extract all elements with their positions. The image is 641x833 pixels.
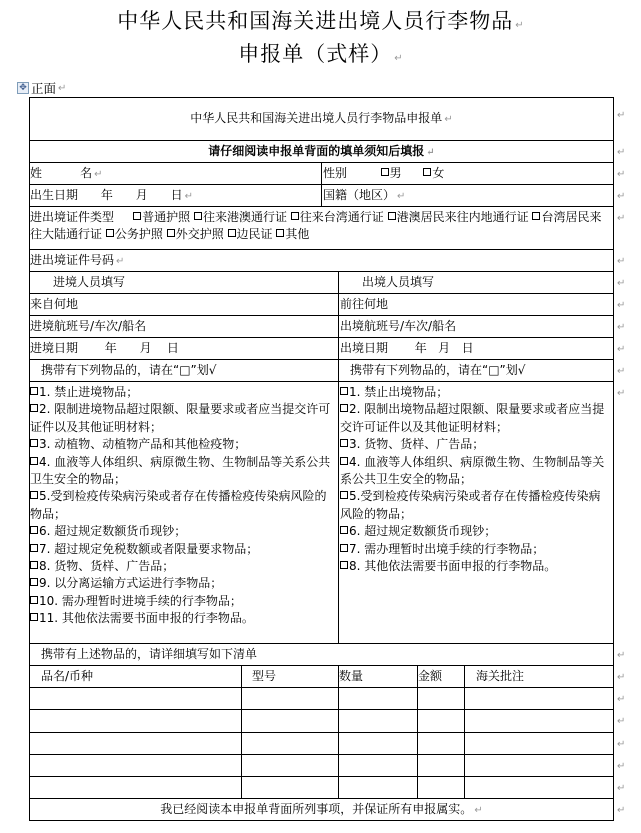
row-end-mark-icon: ↵ xyxy=(617,694,625,705)
column-header-amount: 金额 xyxy=(418,668,463,685)
row-end-mark-icon: ↵ xyxy=(617,278,625,289)
row-end-mark-icon: ↵ xyxy=(617,322,625,333)
row-end-mark-icon: ↵ xyxy=(617,169,625,180)
column-header-name: 品名/币种 xyxy=(41,668,239,685)
entry-item[interactable]: 3. 动植物、动植物产品和其他检疫物； xyxy=(30,436,337,453)
document-number-field[interactable]: 进出境证件号码↵ xyxy=(30,252,613,270)
exit-item[interactable]: 5.受到检疫传染病污染或者存在传播检疫传染病风险的物品； xyxy=(340,488,612,523)
list-instruction: 携带有上述物品的，请详细填写如下清单 xyxy=(41,646,611,663)
exit-item[interactable]: 6. 超过规定数额货币现钞； xyxy=(340,523,612,540)
doc-type-checkbox[interactable]: 普通护照 xyxy=(133,210,190,224)
list-cell-customs-note[interactable] xyxy=(465,733,613,754)
row-end-mark-icon: ↵ xyxy=(617,344,625,355)
exit-date-field[interactable]: 出境日期 年 月 日 xyxy=(340,340,612,357)
gender-male-checkbox[interactable]: 男 xyxy=(381,166,402,180)
list-cell-model[interactable] xyxy=(242,733,338,754)
entry-item[interactable]: 5.受到检疫传染病污染或者存在传播检疫传染病风险的物品； xyxy=(30,488,337,523)
entry-flight-field[interactable]: 进境航班号/车次/船名 xyxy=(30,318,336,335)
row-end-mark-icon: ↵ xyxy=(617,300,625,311)
list-cell-quantity[interactable] xyxy=(339,688,417,709)
exit-destination-field[interactable]: 前往何地 xyxy=(340,296,612,313)
entry-section-title: 进境人员填写 xyxy=(53,274,333,291)
list-cell-model[interactable] xyxy=(242,755,338,776)
row-end-mark-icon: ↵ xyxy=(617,650,625,661)
entry-item[interactable]: 8. 货物、货样、广告品； xyxy=(30,558,337,575)
column-header-model: 型号 xyxy=(252,668,337,685)
entry-item[interactable]: 11. 其他依法需要书面申报的行李物品。 xyxy=(30,610,337,627)
form-header: 中华人民共和国海关进出境人员行李物品申报单↵ xyxy=(30,110,613,128)
exit-item[interactable]: 3. 货物、货样、广告品； xyxy=(340,436,612,453)
doc-type-checkbox[interactable]: 边民证 xyxy=(228,227,273,241)
list-cell-amount[interactable] xyxy=(418,688,464,709)
entry-item[interactable]: 4. 血液等人体组织、病原微生物、生物制品等关系公共卫生安全的物品； xyxy=(30,454,337,489)
list-cell-customs-note[interactable] xyxy=(465,755,613,776)
list-cell-quantity[interactable] xyxy=(339,777,417,798)
list-cell-customs-note[interactable] xyxy=(465,688,613,709)
row-end-mark-icon: ↵ xyxy=(617,388,625,399)
birth-date-field[interactable]: 出生日期 年 月 日↵ xyxy=(30,187,320,205)
doc-type-checkbox[interactable]: 往来港澳通行证 xyxy=(194,210,287,224)
list-cell-customs-note[interactable] xyxy=(465,710,613,732)
exit-section-title: 出境人员填写 xyxy=(362,274,612,291)
row-end-mark-icon: ↵ xyxy=(617,716,625,727)
row-end-mark-icon: ↵ xyxy=(617,256,625,267)
doc-type-checkbox[interactable]: 外交护照 xyxy=(167,227,224,241)
entry-item[interactable]: 10. 需办理暂时进境手续的行李物品； xyxy=(30,593,337,610)
list-cell-model[interactable] xyxy=(242,777,338,798)
exit-items-instruction: 携带有下列物品的，请在“□”划√ xyxy=(350,362,612,379)
row-end-mark-icon: ↵ xyxy=(617,191,625,202)
exit-item[interactable]: 2. 限制出境物品超过限额、限量要求或者应当提交许可证件以及其他证明材料； xyxy=(340,401,612,436)
row-end-mark-icon: ↵ xyxy=(617,213,625,224)
entry-item[interactable]: 2. 限制进境物品超过限额、限量要求或者应当提交许可证件以及其他证明材料； xyxy=(30,401,337,436)
section-label-row: ✥ 正面↵ xyxy=(17,79,66,97)
exit-item[interactable]: 7. 需办理暂时出境手续的行李物品； xyxy=(340,541,612,558)
list-cell-customs-note[interactable] xyxy=(465,777,613,798)
table-move-handle-icon[interactable]: ✥ xyxy=(17,82,29,94)
list-cell-name[interactable] xyxy=(30,733,241,754)
exit-item[interactable]: 4. 血液等人体组织、病原微生物、生物制品等关系公共卫生安全的物品； xyxy=(340,454,612,489)
doc-type-checkbox[interactable]: 往来台湾通行证 xyxy=(291,210,384,224)
name-field[interactable]: 姓 名↵ xyxy=(30,165,320,183)
list-cell-name[interactable] xyxy=(30,710,241,732)
doc-type-checkbox[interactable]: 公务护照 xyxy=(106,227,163,241)
column-header-quantity: 数量 xyxy=(339,668,416,685)
entry-item[interactable]: 9. 以分离运输方式运进行李物品； xyxy=(30,575,337,592)
list-cell-amount[interactable] xyxy=(418,777,464,798)
row-end-mark-icon: ↵ xyxy=(617,783,625,794)
entry-items-instruction: 携带有下列物品的，请在“□”划√ xyxy=(41,362,336,379)
list-cell-quantity[interactable] xyxy=(339,755,417,776)
list-cell-amount[interactable] xyxy=(418,710,464,732)
form-notice: 请仔细阅读申报单背面的填单须知后填报↵ xyxy=(30,143,613,161)
document-title-line1: 中华人民共和国海关进出境人员行李物品↵ xyxy=(0,5,641,35)
entry-origin-field[interactable]: 来自何地 xyxy=(30,296,336,313)
exit-items-list: 1. 禁止出境物品； 2. 限制出境物品超过限额、限量要求或者应当提交许可证件以… xyxy=(340,384,612,575)
exit-item[interactable]: 1. 禁止出境物品； xyxy=(340,384,612,401)
exit-item[interactable]: 8. 其他依法需要书面申报的行李物品。 xyxy=(340,558,612,575)
declaration-form-table: 中华人民共和国海关进出境人员行李物品申报单↵ 请仔细阅读申报单背面的填单须知后填… xyxy=(29,97,613,820)
entry-item[interactable]: 1. 禁止进境物品； xyxy=(30,384,337,401)
row-end-mark-icon: ↵ xyxy=(617,672,625,683)
gender-field: 性别 男 女 xyxy=(323,165,613,182)
list-cell-quantity[interactable] xyxy=(339,710,417,732)
list-cell-model[interactable] xyxy=(242,688,338,709)
entry-date-field[interactable]: 进境日期 年 月 日 xyxy=(30,340,336,357)
entry-items-list: 1. 禁止进境物品； 2. 限制进境物品超过限额、限量要求或者应当提交许可证件以… xyxy=(30,384,337,628)
row-end-mark-icon: ↵ xyxy=(617,761,625,772)
list-cell-model[interactable] xyxy=(242,710,338,732)
declaration-statement: 我已经阅读本申报单背面所列事项，并保证所有申报属实。↵ xyxy=(30,801,613,819)
list-cell-name[interactable] xyxy=(30,688,241,709)
list-cell-amount[interactable] xyxy=(418,755,464,776)
list-cell-name[interactable] xyxy=(30,777,241,798)
row-end-mark-icon: ↵ xyxy=(617,366,625,377)
list-cell-name[interactable] xyxy=(30,755,241,776)
document-type-field: 进出境证件类型 普通护照 往来港澳通行证 往来台湾通行证 港澳居民来往内地通行证… xyxy=(30,209,613,244)
doc-type-checkbox[interactable]: 其他 xyxy=(276,227,309,241)
exit-flight-field[interactable]: 出境航班号/车次/船名 xyxy=(340,318,612,335)
row-end-mark-icon: ↵ xyxy=(617,739,625,750)
section-label: 正面 xyxy=(31,79,56,97)
document-title-line2: 申报单（式样）↵ xyxy=(0,38,641,68)
row-end-mark-icon: ↵ xyxy=(617,110,625,121)
gender-female-checkbox[interactable]: 女 xyxy=(423,166,444,180)
doc-type-checkbox[interactable]: 港澳居民来往内地通行证 xyxy=(388,210,529,224)
list-cell-amount[interactable] xyxy=(418,733,464,754)
nationality-field[interactable]: 国籍（地区）↵ xyxy=(323,187,613,205)
row-end-mark-icon: ↵ xyxy=(617,805,625,816)
entry-item[interactable]: 6. 超过规定数额货币现钞； xyxy=(30,523,337,540)
list-cell-quantity[interactable] xyxy=(339,733,417,754)
column-header-customs-note: 海关批注 xyxy=(476,668,612,685)
row-end-mark-icon: ↵ xyxy=(617,147,625,158)
entry-item[interactable]: 7. 超过规定免税数额或者限量要求物品； xyxy=(30,541,337,558)
